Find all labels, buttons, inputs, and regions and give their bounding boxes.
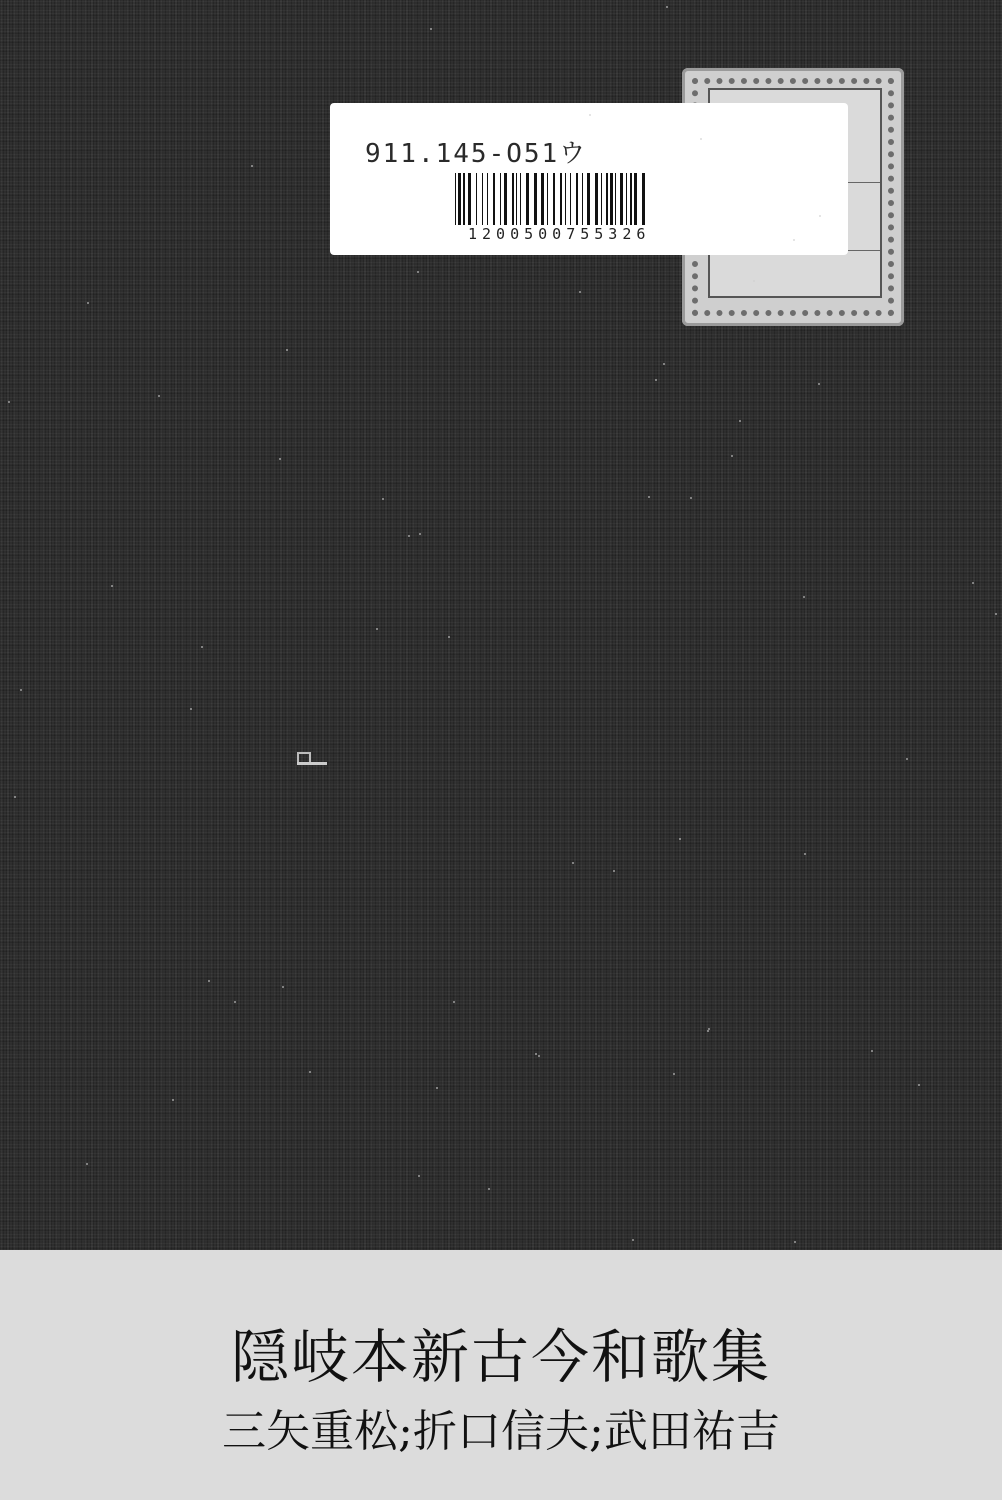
book-title: 隠岐本新古今和歌集	[0, 1310, 1002, 1394]
cover-blemish-mark	[297, 752, 327, 766]
call-number-label: 911.145-O51ウ 1200500755326	[330, 103, 848, 255]
caption-band: 隠岐本新古今和歌集 三矢重松;折口信夫;武田祐吉	[0, 1250, 1002, 1500]
call-number: 911.145-O51ウ	[365, 133, 587, 170]
barcode	[455, 173, 725, 225]
book-cover: 911.145-O51ウ 1200500755326	[0, 0, 1002, 1250]
barcode-number: 1200500755326	[468, 225, 650, 243]
book-authors: 三矢重松;折口信夫;武田祐吉	[0, 1395, 1002, 1459]
